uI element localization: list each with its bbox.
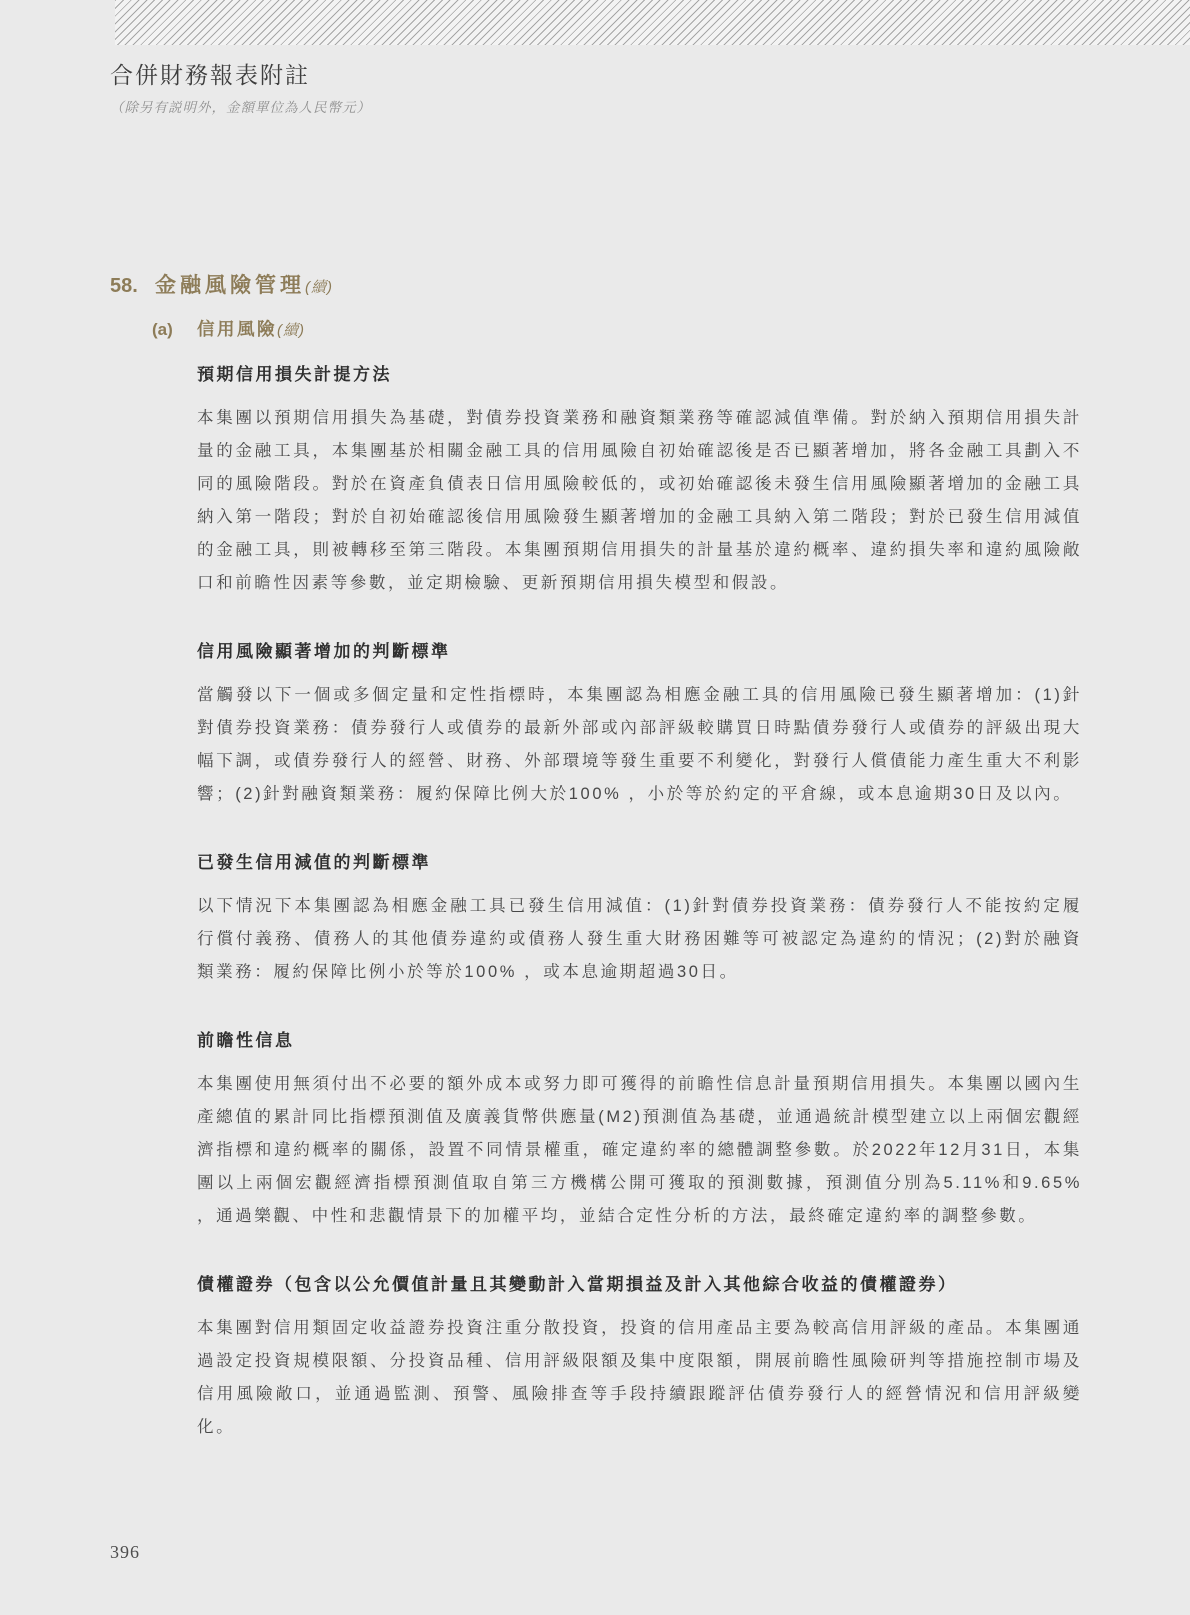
- block-body: 本集團使用無須付出不必要的額外成本或努力即可獲得的前瞻性信息計量預期信用損失。本…: [197, 1068, 1082, 1233]
- block-heading: 信用風險顯著增加的判斷標準: [197, 640, 1082, 664]
- page-number: 396: [110, 1542, 140, 1563]
- subsection-label: (a): [152, 320, 197, 340]
- block-body: 當觸發以下一個或多個定量和定性指標時，本集團認為相應金融工具的信用風險已發生顯著…: [197, 679, 1082, 811]
- block-body: 本集團對信用類固定收益證券投資注重分散投資，投資的信用產品主要為較高信用評級的產…: [197, 1312, 1082, 1444]
- block-expected-credit-loss-method: 預期信用損失計提方法 本集團以預期信用損失為基礎，對債券投資業務和融資類業務等確…: [197, 363, 1082, 600]
- block-body: 本集團以預期信用損失為基礎，對債券投資業務和融資類業務等確認減值準備。對於納入預…: [197, 402, 1082, 600]
- section-title: 金融風險管理: [155, 269, 305, 299]
- subsection-heading: (a) 信用風險 (續): [152, 316, 1082, 341]
- block-debt-securities: 債權證券（包含以公允價值計量且其變動計入當期損益及計入其他綜合收益的債權證券） …: [197, 1273, 1082, 1444]
- block-forward-looking-information: 前瞻性信息 本集團使用無須付出不必要的額外成本或努力即可獲得的前瞻性信息計量預期…: [197, 1029, 1082, 1233]
- section-heading: 58. 金融風險管理 (續): [110, 269, 1082, 299]
- document-subtitle: （除另有説明外，金額單位為人民幣元）: [110, 99, 1082, 117]
- section-continued-label: (續): [305, 276, 333, 297]
- document-title: 合併財務報表附註: [110, 62, 1082, 90]
- block-credit-impaired-criteria: 已發生信用減值的判斷標準 以下情況下本集團認為相應金融工具已發生信用減值：(1)…: [197, 851, 1082, 989]
- subsection-title: 信用風險: [197, 316, 277, 341]
- block-heading: 已發生信用減值的判斷標準: [197, 851, 1082, 875]
- block-heading: 前瞻性信息: [197, 1029, 1082, 1053]
- block-significant-increase-criteria: 信用風險顯著增加的判斷標準 當觸發以下一個或多個定量和定性指標時，本集團認為相應…: [197, 640, 1082, 811]
- content-area: 預期信用損失計提方法 本集團以預期信用損失為基礎，對債券投資業務和融資類業務等確…: [197, 363, 1082, 1444]
- section-number: 58.: [110, 275, 155, 298]
- subsection-continued-label: (續): [277, 319, 305, 340]
- block-heading: 預期信用損失計提方法: [197, 363, 1082, 387]
- document-page: 合併財務報表附註 （除另有説明外，金額單位為人民幣元） 58. 金融風險管理 (…: [0, 0, 1190, 1444]
- block-body: 以下情況下本集團認為相應金融工具已發生信用減值：(1)針對債券投資業務：債券發行…: [197, 890, 1082, 989]
- block-heading: 債權證券（包含以公允價值計量且其變動計入當期損益及計入其他綜合收益的債權證券）: [197, 1273, 1082, 1297]
